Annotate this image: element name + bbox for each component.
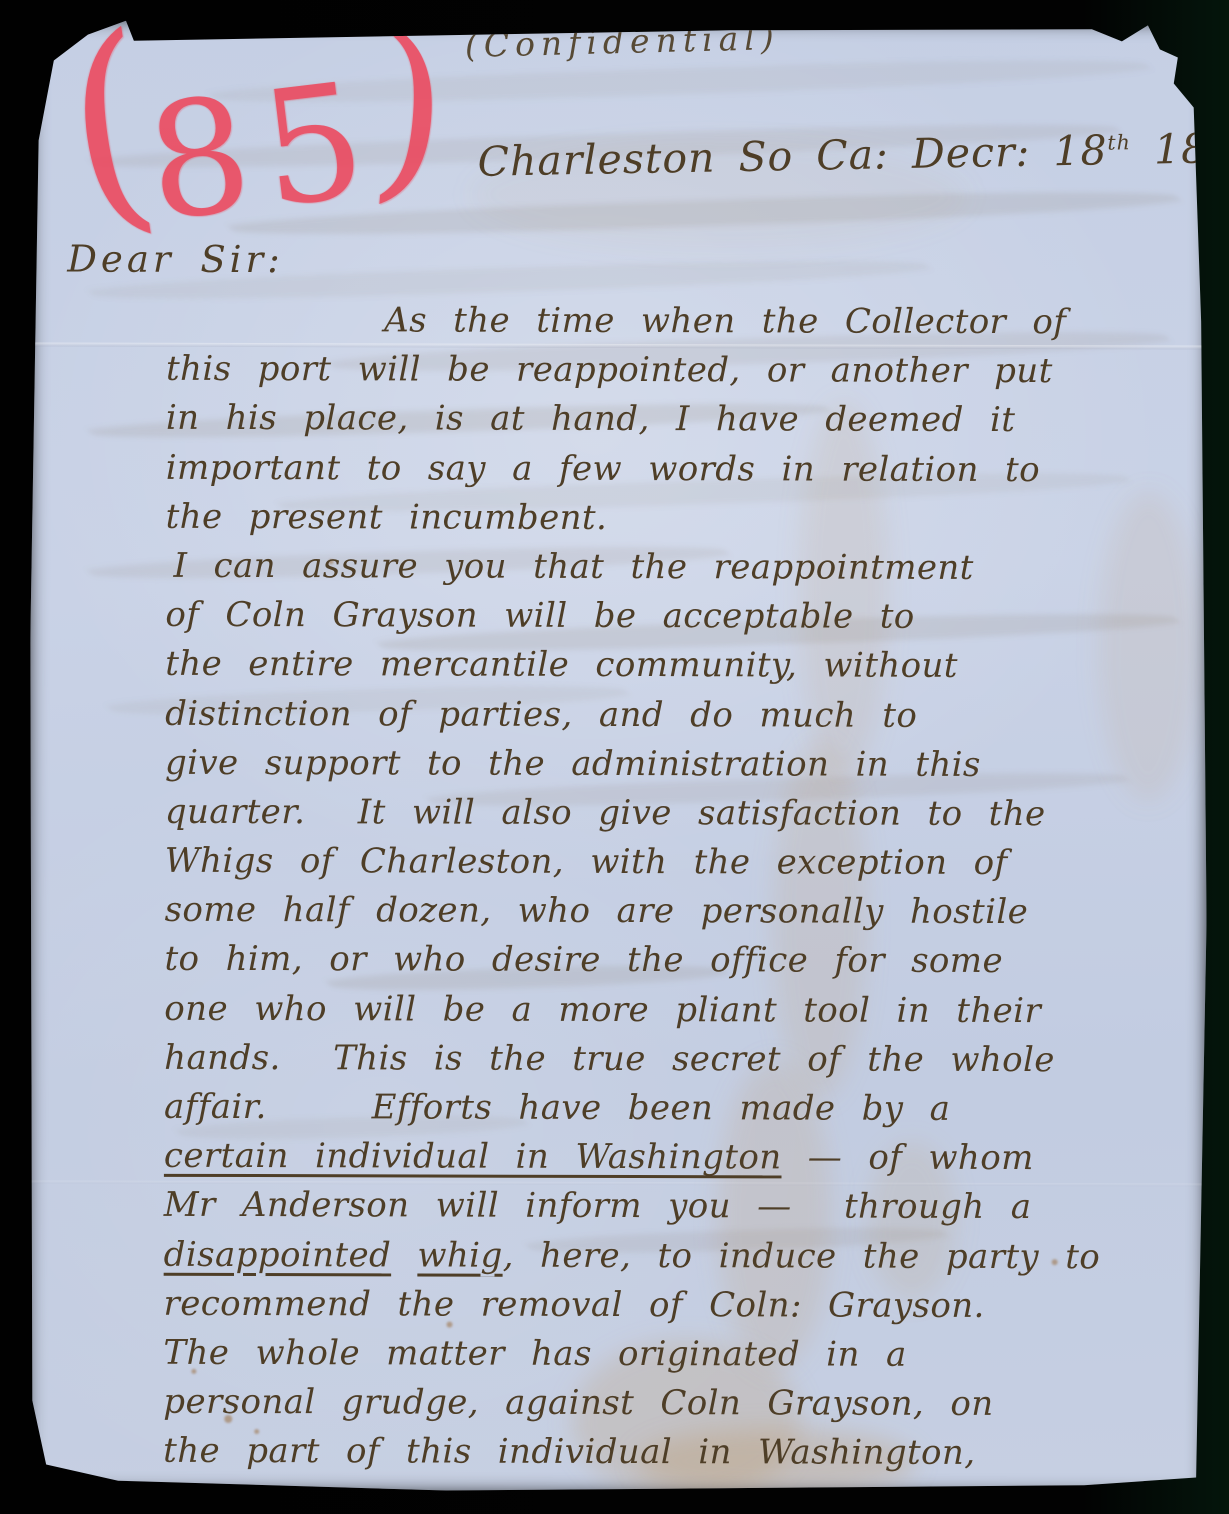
archival-number: 85 xyxy=(140,60,386,244)
letter-line: The whole matter has originated in a xyxy=(163,1329,1178,1381)
letter-line: some half dozen, who are personally host… xyxy=(165,886,1180,938)
bleedthrough-ghost-layer xyxy=(30,18,1210,21)
dateline: Charleston So Ca: Decr: 18th 1849 xyxy=(477,123,1229,185)
letter-page: (85) (Confidential) Charleston So Ca: De… xyxy=(26,18,1210,1495)
letter-line: the present incumbent. xyxy=(166,493,1181,545)
letter-line: give support to the administration in th… xyxy=(165,739,1180,791)
letter-line: this port will be reappointed, or anothe… xyxy=(166,345,1181,397)
letter-line: the entire mercantile community, without xyxy=(165,640,1180,692)
paper-stain-layer xyxy=(30,18,1210,21)
letter-line: As the time when the Collector of xyxy=(166,296,1181,348)
archival-paren-right: ) xyxy=(368,24,454,195)
letter-line: Mr Anderson will inform you — through a xyxy=(164,1181,1179,1233)
letter-line: in his place, is at hand, I have deemed … xyxy=(166,394,1181,446)
letter-line: affair. Efforts have been made by a xyxy=(164,1083,1179,1135)
confidential-note: (Confidential) xyxy=(464,18,780,65)
archival-number-mark: (85) xyxy=(67,27,454,221)
letter-line: Whigs of Charleston, with the exception … xyxy=(165,837,1180,889)
letter-line: disappointed whig, here, to induce the p… xyxy=(164,1230,1179,1282)
letter-body: As the time when the Collector ofthis po… xyxy=(163,296,1181,1479)
letter-line: the part of this individual in Washingto… xyxy=(163,1427,1178,1479)
letter-line: quarter. It will also give satisfaction … xyxy=(165,788,1180,840)
letter-line: I can assure you that the reappointment xyxy=(165,542,1180,594)
letter-line: recommend the removal of Coln: Grayson. xyxy=(164,1280,1179,1332)
scanner-background: (85) (Confidential) Charleston So Ca: De… xyxy=(0,0,1229,1514)
letter-line: of Coln Grayson will be acceptable to xyxy=(165,591,1180,643)
letter-line: to him, or who desire the office for som… xyxy=(164,935,1179,987)
salutation: Dear Sir: xyxy=(67,238,284,282)
letter-line: one who will be a more pliant tool in th… xyxy=(164,984,1179,1036)
letter-line: certain individual in Washington — of wh… xyxy=(164,1132,1179,1184)
letter-line: important to say a few words in relation… xyxy=(166,443,1181,495)
letter-line: hands. This is the true secret of the wh… xyxy=(164,1034,1179,1086)
letter-line: personal grudge, against Coln Grayson, o… xyxy=(163,1378,1178,1430)
letter-line: distinction of parties, and do much to xyxy=(165,689,1180,741)
